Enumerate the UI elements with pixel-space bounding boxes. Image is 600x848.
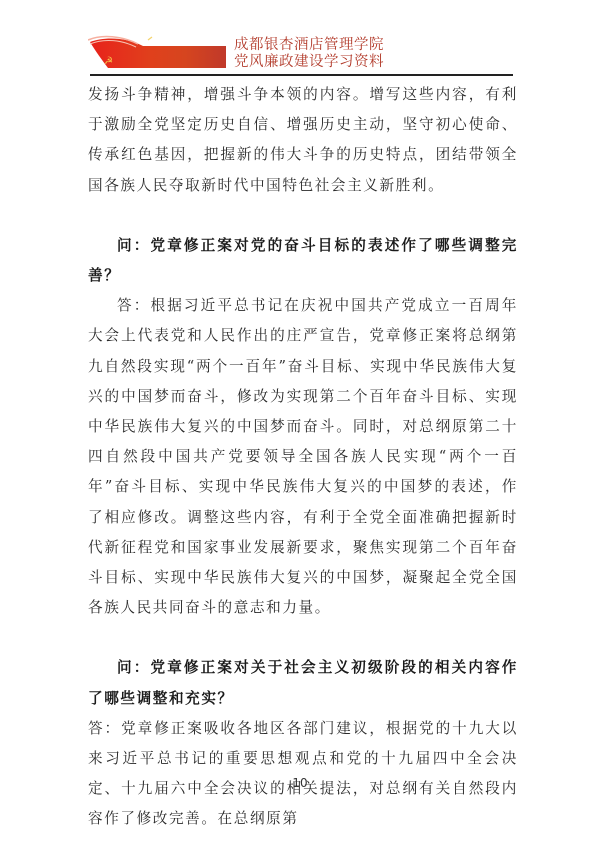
svg-text:☭: ☭ — [104, 56, 113, 67]
answer-paragraph: 答：党章修正案吸收各地区各部门建议，根据党的十九大以来习近平总书记的重要思想观点… — [88, 714, 518, 835]
document-header: ☭ 成都银杏酒店管理学院 党风廉政建设学习资料 — [88, 28, 514, 78]
header-divider — [90, 74, 513, 76]
paragraph-continuation: 发扬斗争精神，增强斗争本领的内容。增写这些内容，有利于激励全党坚定历史自信、增强… — [88, 80, 518, 201]
header-title-line1: 成都银杏酒店管理学院 — [234, 37, 384, 54]
document-body: 发扬斗争精神，增强斗争本领的内容。增写这些内容，有利于激励全党坚定历史自信、增强… — [88, 80, 518, 835]
question-heading: 问：党章修正案对党的奋斗目标的表述作了哪些调整完善？ — [88, 231, 518, 291]
party-flag-banner-icon: ☭ — [88, 34, 226, 70]
answer-paragraph: 答：根据习近平总书记在庆祝中国共产党成立一百周年大会上代表党和人民作出的庄严宣告… — [88, 291, 518, 623]
header-title-line2: 党风廉政建设学习资料 — [234, 54, 384, 71]
header-title: 成都银杏酒店管理学院 党风廉政建设学习资料 — [234, 37, 384, 71]
question-heading: 问：党章修正案对关于社会主义初级阶段的相关内容作了哪些调整和充实？ — [88, 653, 518, 713]
page-number: 10 — [0, 776, 600, 790]
